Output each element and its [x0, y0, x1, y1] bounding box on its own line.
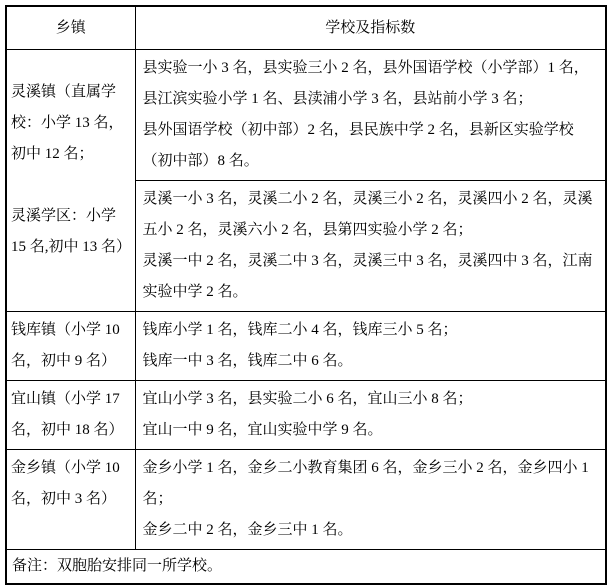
cell-town-lingxi: 灵溪镇（直属学校：小学 13 名，初中 12 名； 灵溪学区：小学 15 名,初…	[6, 50, 135, 312]
table-header-row: 乡镇 学校及指标数	[6, 6, 606, 50]
table-row-note: 备注：双胞胎安排同一所学校。	[6, 550, 606, 585]
cell-town-jinxiang: 金乡镇（小学 10 名，初中 3 名）	[6, 450, 135, 550]
header-cell-town: 乡镇	[6, 6, 135, 50]
lingxi-district-middle-schools: 灵溪一中 2 名，灵溪二中 3 名，灵溪三中 3 名，灵溪四中 3 名，江南实验…	[143, 246, 600, 308]
yishan-primary-schools: 宜山小学 3 名，县实验二小 6 名，宜山三小 8 名；	[143, 384, 600, 415]
table-row-qianku: 钱库镇（小学 10 名，初中 9 名） 钱库小学 1 名，钱库二小 4 名，钱库…	[6, 312, 606, 381]
table-row-lingxi-direct: 灵溪镇（直属学校：小学 13 名，初中 12 名； 灵溪学区：小学 15 名,初…	[6, 50, 606, 181]
header-cell-schools: 学校及指标数	[135, 6, 606, 50]
cell-schools-jinxiang: 金乡小学 1 名，金乡二小教育集团 6 名，金乡三小 2 名，金乡四小 1 名；…	[135, 450, 606, 550]
town-lingxi-line1: 灵溪镇（直属学校：小学 13 名，初中 12 名；	[11, 77, 130, 170]
town-lingxi-line2: 灵溪学区：小学 15 名,初中 13 名）	[11, 201, 130, 263]
cell-schools-qianku: 钱库小学 1 名，钱库二小 4 名，钱库三小 5 名； 钱库一中 3 名，钱库二…	[135, 312, 606, 381]
cell-town-qianku: 钱库镇（小学 10 名，初中 9 名）	[6, 312, 135, 381]
lingxi-direct-primary-schools: 县实验一小 3 名，县实验三小 2 名，县外国语学校（小学部）1 名，县江滨实验…	[143, 53, 600, 115]
cell-schools-lingxi-direct: 县实验一小 3 名，县实验三小 2 名，县外国语学校（小学部）1 名，县江滨实验…	[135, 50, 606, 181]
qianku-middle-schools: 钱库一中 3 名，钱库二中 6 名。	[143, 346, 600, 377]
table-note-text: 备注：双胞胎安排同一所学校。	[12, 552, 599, 581]
town-jinxiang-label: 金乡镇（小学 10 名，初中 3 名）	[11, 453, 130, 515]
cell-schools-yishan: 宜山小学 3 名，县实验二小 6 名，宜山三小 8 名； 宜山一中 9 名，宜山…	[135, 381, 606, 450]
school-quota-table: 乡镇 学校及指标数 灵溪镇（直属学校：小学 13 名，初中 12 名； 灵溪学区…	[5, 5, 607, 585]
town-yishan-label: 宜山镇（小学 17 名，初中 18 名）	[11, 384, 130, 446]
town-qianku-label: 钱库镇（小学 10 名，初中 9 名）	[11, 315, 130, 377]
cell-note: 备注：双胞胎安排同一所学校。	[6, 550, 606, 585]
jinxiang-middle-schools: 金乡二中 2 名，金乡三中 1 名。	[143, 515, 600, 546]
cell-town-yishan: 宜山镇（小学 17 名，初中 18 名）	[6, 381, 135, 450]
lingxi-district-primary-schools: 灵溪一小 3 名，灵溪二小 2 名，灵溪三小 2 名，灵溪四小 2 名，灵溪五小…	[143, 184, 600, 246]
table-row-yishan: 宜山镇（小学 17 名，初中 18 名） 宜山小学 3 名，县实验二小 6 名，…	[6, 381, 606, 450]
table-row-jinxiang: 金乡镇（小学 10 名，初中 3 名） 金乡小学 1 名，金乡二小教育集团 6 …	[6, 450, 606, 550]
cell-schools-lingxi-district: 灵溪一小 3 名，灵溪二小 2 名，灵溪三小 2 名，灵溪四小 2 名，灵溪五小…	[135, 181, 606, 312]
qianku-primary-schools: 钱库小学 1 名，钱库二小 4 名，钱库三小 5 名；	[143, 315, 600, 346]
jinxiang-primary-schools: 金乡小学 1 名，金乡二小教育集团 6 名，金乡三小 2 名，金乡四小 1 名；	[143, 453, 600, 515]
yishan-middle-schools: 宜山一中 9 名，宜山实验中学 9 名。	[143, 415, 600, 446]
lingxi-direct-middle-schools: 县外国语学校（初中部）2 名，县民族中学 2 名，县新区实验学校（初中部）8 名…	[143, 115, 600, 177]
